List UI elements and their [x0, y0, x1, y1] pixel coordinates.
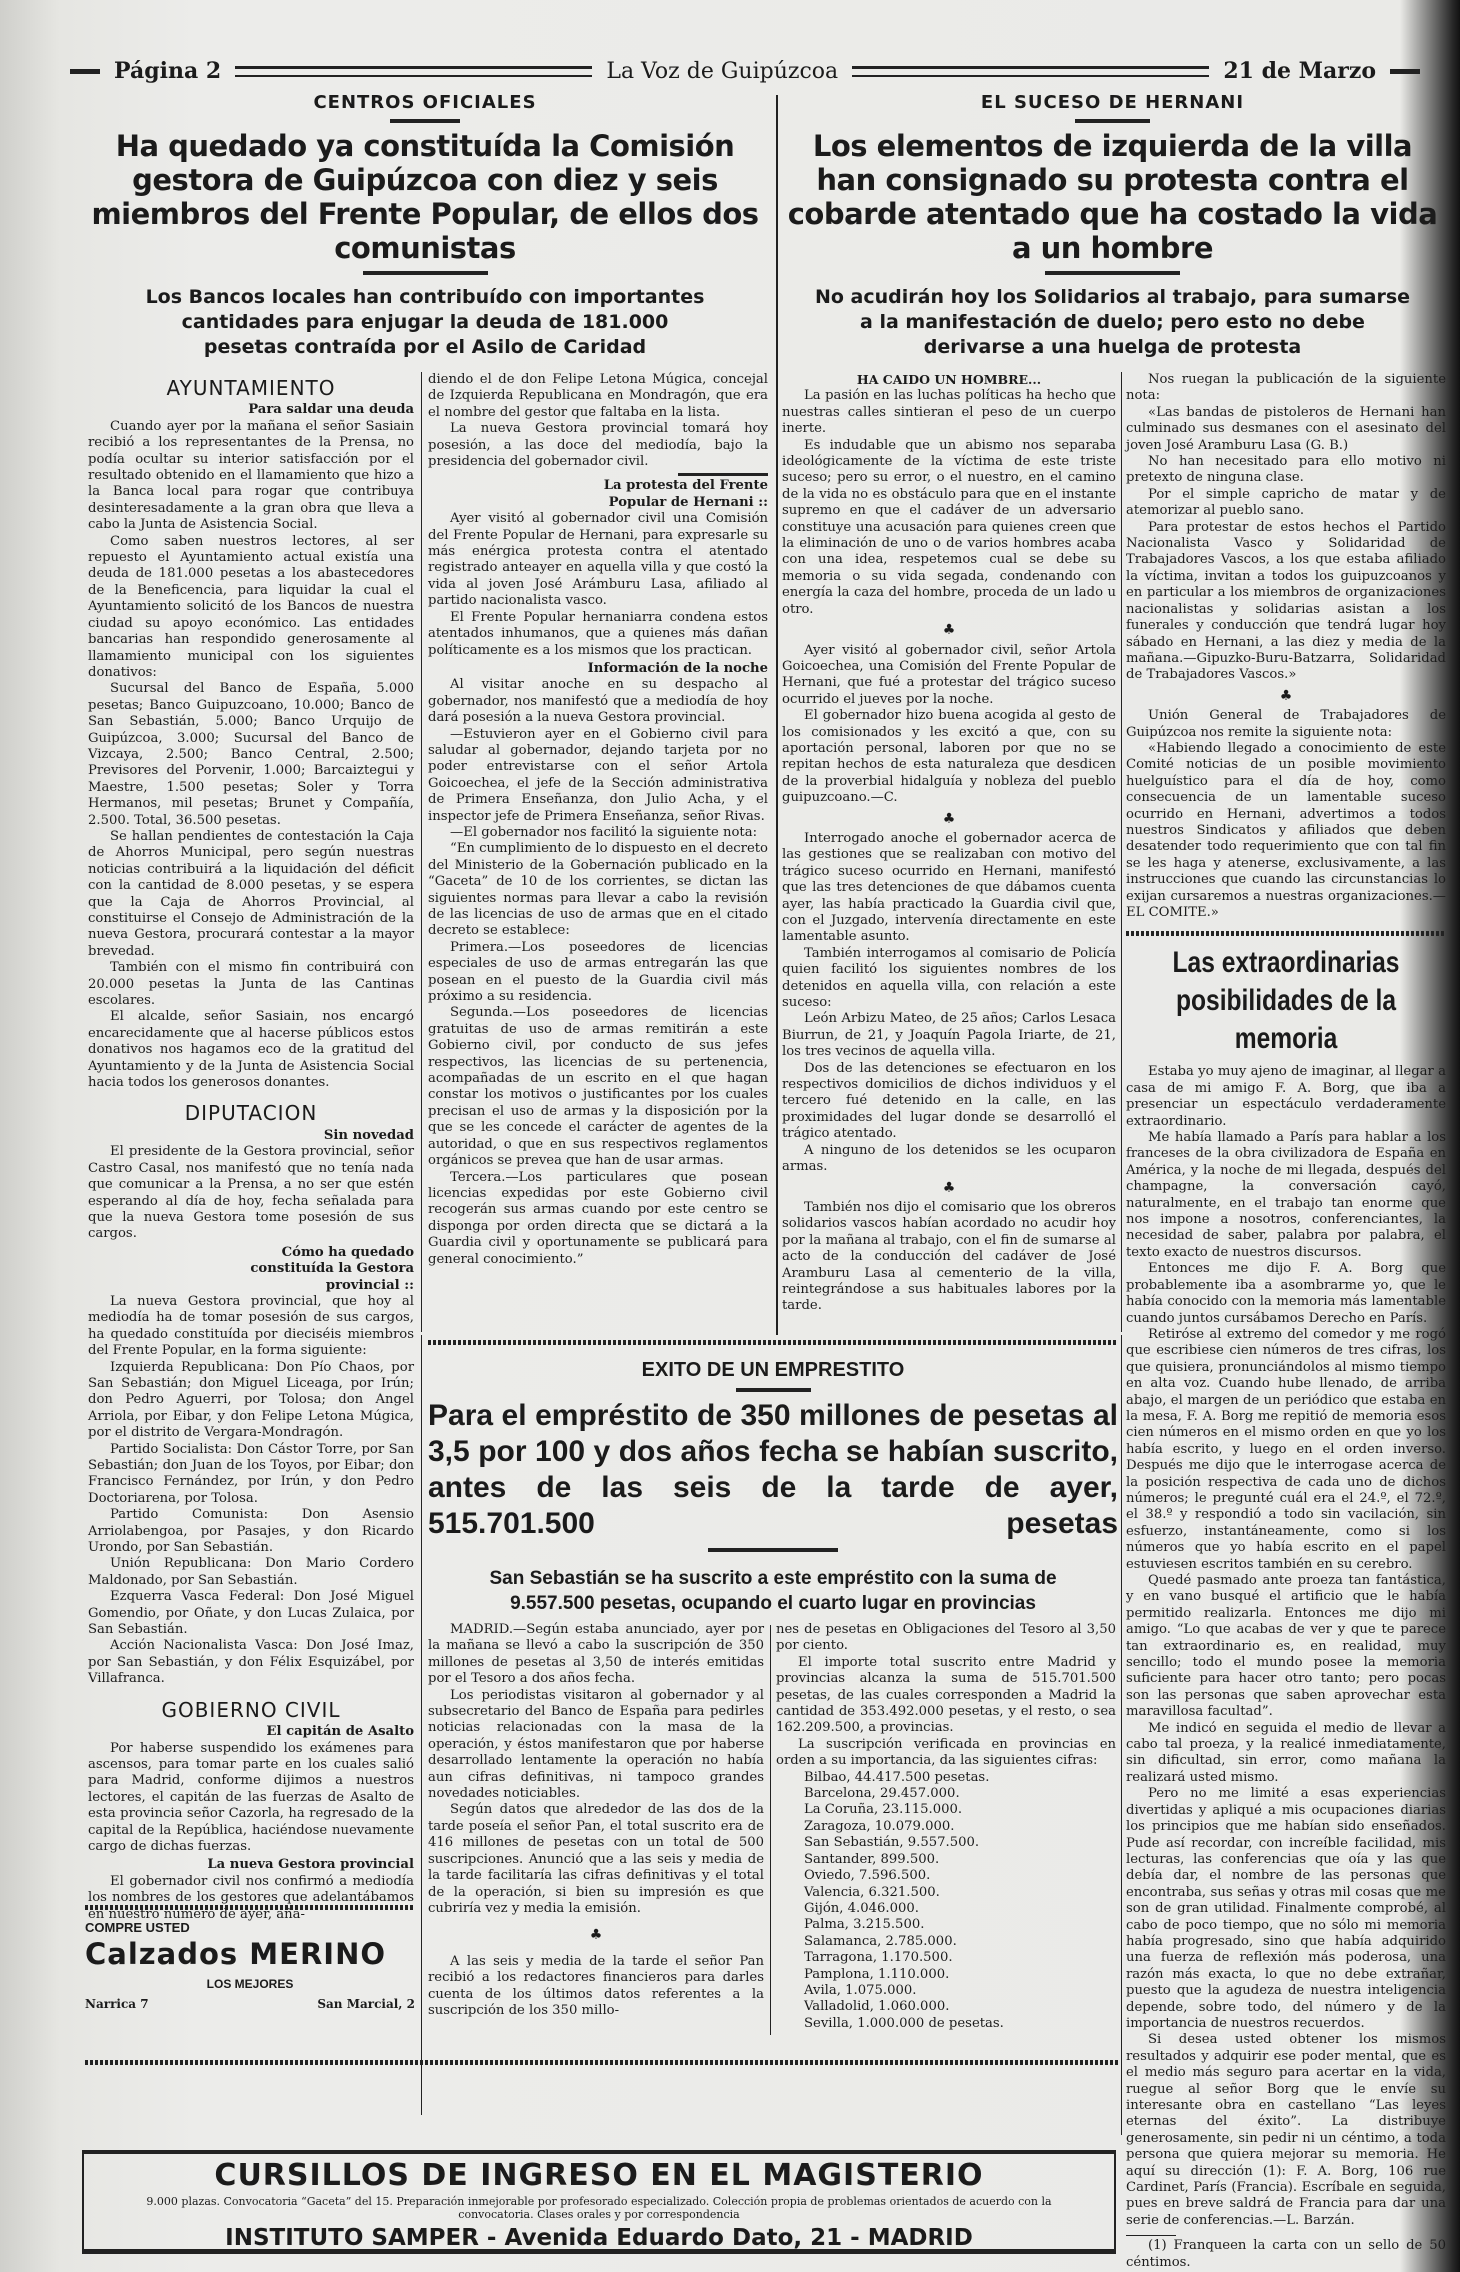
paragraph: La pasión en las luchas políticas ha hec…: [782, 388, 1116, 437]
paragraph: Dos de las detenciones se efectuaron en …: [782, 1061, 1116, 1143]
ad-footer: INSTITUTO SAMPER - Avenida Eduardo Dato,…: [84, 2225, 1114, 2251]
club-ornament-icon: ♣: [428, 1927, 764, 1943]
club-ornament-icon: ♣: [782, 622, 1116, 638]
paragraph: El Frente Popular hernaniarra condena es…: [428, 610, 768, 659]
column-rule: [421, 372, 422, 1332]
club-ornament-icon: ♣: [782, 811, 1116, 827]
ad-cursillos-magisterio: CURSILLOS DE INGRESO EN EL MAGISTERIO 9.…: [82, 2150, 1116, 2254]
paragraph: El presidente de la Gestora provincial, …: [88, 1144, 414, 1242]
paragraph: Como saben nuestros lectores, al ser rep…: [88, 534, 414, 682]
paragraph: La suscripción verificada en provincias …: [776, 1737, 1116, 1770]
divider: [708, 1548, 838, 1552]
province-item: Barcelona, 29.457.000.: [804, 1786, 1116, 1802]
paragraph: Ayer visitó al gobernador civil, señor A…: [782, 643, 1116, 709]
paragraph: También interrogamos al comisario de Pol…: [782, 946, 1116, 1012]
paragraph: El importe total suscrito entre Madrid y…: [776, 1655, 1116, 1737]
ad-calzados-merino: COMPRE USTED Calzados MERINO LOS MEJORES…: [85, 1905, 415, 2011]
column-rule: [1121, 1335, 1122, 2135]
deck: San Sebastián se ha suscrito a este empr…: [428, 1558, 1118, 1626]
paragraph: Si desea usted obtener los mismos result…: [1126, 2032, 1446, 2229]
paragraph: Interrogado anoche el gobernador acerca …: [782, 831, 1116, 946]
deck: Los Bancos locales han contribuído con i…: [85, 281, 765, 360]
column-rule: [421, 1335, 422, 2115]
masthead-rule: [1390, 69, 1420, 74]
subhead: La protesta del Frente Popular de Hernan…: [428, 478, 768, 511]
divider: [390, 119, 460, 123]
column-3: HA CAIDO UN HOMBRE... La pasión en las l…: [782, 372, 1116, 1315]
ad-address: Narrica 7: [85, 1997, 149, 2011]
masthead: Página 2 La Voz de Guipúzcoa 21 de Marzo: [70, 56, 1420, 86]
section-kicker: CENTROS OFICIALES: [85, 92, 765, 113]
paragraph: Nos ruegan la publicación de la siguient…: [1126, 372, 1446, 405]
paragraph: Unión Republicana: Don Mario Cordero Mal…: [88, 1556, 414, 1589]
province-item: Sevilla, 1.000.000 de pesetas.: [804, 2016, 1116, 2032]
paragraph: Unión General de Trabajadores de Guipúzc…: [1126, 708, 1446, 741]
province-item: Zaragoza, 10.079.000.: [804, 1819, 1116, 1835]
subhead: Sin novedad: [88, 1128, 414, 1144]
paragraph: «Las bandas de pistoleros de Hernani han…: [1126, 405, 1446, 454]
masthead-rule: [852, 66, 1209, 77]
left-story-header: CENTROS OFICIALES Ha quedado ya constitu…: [85, 92, 765, 360]
paragraph: —Estuvieron ayer en el Gobierno civil pa…: [428, 727, 768, 825]
subhead: HA CAIDO UN HOMBRE...: [782, 372, 1116, 388]
paragraph: nes de pesetas en Obligaciones del Tesor…: [776, 1622, 1116, 1655]
province-item: Tarragona, 1.170.500.: [804, 1950, 1116, 1966]
province-item: Valladolid, 1.060.000.: [804, 1999, 1116, 2015]
divider: [1126, 931, 1446, 936]
province-item: Oviedo, 7.596.500.: [804, 1868, 1116, 1884]
column-rule: [770, 1625, 771, 2035]
paragraph: Partido Socialista: Don Cástor Torre, po…: [88, 1442, 414, 1508]
issue-date: 21 de Marzo: [1223, 58, 1376, 84]
province-item: Avila, 1.075.000.: [804, 1983, 1116, 1999]
paragraph: La nueva Gestora provincial tomará hoy p…: [428, 421, 768, 470]
headline: Los elementos de izquierda de la villa h…: [780, 129, 1445, 265]
emprestito-column-a: MADRID.—Según estaba anunciado, ayer por…: [428, 1622, 764, 2019]
paragraph: “En cumplimiento de lo dispuesto en el d…: [428, 841, 768, 939]
province-subscription-list: Bilbao, 44.417.500 pesetas.Barcelona, 29…: [776, 1770, 1116, 2033]
paragraph: No han necesitado para ello motivo ni pr…: [1126, 454, 1446, 487]
ad-body: 9.000 plazas. Convocatoria “Gaceta” del …: [84, 2193, 1114, 2223]
section-title-gobierno-civil: GOBIERNO CIVIL: [88, 1702, 414, 1718]
paragraph: El alcalde, señor Sasiain, nos encargó e…: [88, 1009, 414, 1091]
newspaper-page: Página 2 La Voz de Guipúzcoa 21 de Marzo…: [0, 0, 1460, 2272]
paragraph: Me había llamado a París para hablar a l…: [1126, 1130, 1446, 1261]
section-title-diputacion: DIPUTACION: [88, 1105, 414, 1121]
subhead: El capitán de Asalto: [88, 1724, 414, 1740]
paragraph: Es indudable que un abismo nos separaba …: [782, 438, 1116, 618]
paragraph: Tercera.—Los particulares que posean lic…: [428, 1170, 768, 1268]
paragraph: Se hallan pendientes de contestación la …: [88, 829, 414, 960]
deck: No acudirán hoy los Solidarios al trabaj…: [780, 281, 1445, 360]
paragraph: «Habiendo llegado a conocimiento de este…: [1126, 741, 1446, 921]
section-title-ayuntamiento: AYUNTAMIENTO: [88, 380, 414, 396]
ad-tagline: LOS MEJORES: [85, 1977, 415, 1991]
ad-address: San Marcial, 2: [317, 1997, 415, 2011]
ad-line: COMPRE USTED: [85, 1920, 415, 1935]
paragraph: Acción Nacionalista Vasca: Don José Imaz…: [88, 1638, 414, 1687]
paragraph: A ninguno de los detenidos se les ocupar…: [782, 1143, 1116, 1176]
emprestito-column-b: nes de pesetas en Obligaciones del Tesor…: [776, 1622, 1116, 2032]
paragraph: Cuando ayer por la mañana el señor Sasia…: [88, 419, 414, 534]
paragraph: Primera.—Los poseedores de licencias esp…: [428, 940, 768, 1006]
paragraph: A las seis y media de la tarde el señor …: [428, 1954, 764, 2020]
paragraph: Retiróse al extremo del comedor y me rog…: [1126, 1327, 1446, 1573]
paragraph: Pero no me limité a esas experiencias di…: [1126, 1786, 1446, 2032]
divider: [363, 271, 488, 275]
ad-title: CURSILLOS DE INGRESO EN EL MAGISTERIO: [84, 2158, 1114, 2193]
paragraph: Quedé pasmado ante proeza tan fantástica…: [1126, 1573, 1446, 1721]
masthead-rule: [70, 69, 100, 74]
paragraph: Estaba yo muy ajeno de imaginar, al lleg…: [1126, 1064, 1446, 1130]
divider: [1045, 271, 1180, 275]
paragraph: Me indicó en seguida el medio de llevar …: [1126, 1721, 1446, 1787]
paragraph: Partido Comunista: Don Asensio Arriolabe…: [88, 1507, 414, 1556]
column-rule: [1121, 372, 1122, 1332]
column-4: Nos ruegan la publicación de la siguient…: [1126, 372, 1446, 2271]
paragraph: La nueva Gestora provincial, que hoy al …: [88, 1294, 414, 1360]
paragraph: Para protestar de estos hechos el Partid…: [1126, 520, 1446, 684]
paragraph: Por haberse suspendido los exámenes para…: [88, 1741, 414, 1856]
province-item: La Coruña, 23.115.000.: [804, 1802, 1116, 1818]
subhead: La nueva Gestora provincial: [88, 1857, 414, 1873]
footnote-rule: [1126, 2235, 1176, 2236]
column-2: diendo el de don Felipe Letona Múgica, c…: [428, 372, 768, 1268]
paragraph: Ezquerra Vasca Federal: Don José Miguel …: [88, 1589, 414, 1638]
masthead-rule: [235, 66, 592, 77]
headline-memoria: Las extraordinarias posibilidades de la …: [1155, 944, 1417, 1058]
paragraph: Sucursal del Banco de España, 5.000 pese…: [88, 681, 414, 829]
paragraph: También nos dijo el comisario que los ob…: [782, 1200, 1116, 1315]
subhead: Cómo ha quedado constituída la Gestora p…: [88, 1245, 414, 1294]
headline: Ha quedado ya constituída la Comisión ge…: [85, 129, 765, 265]
paragraph: Ayer visitó al gobernador civil una Comi…: [428, 511, 768, 609]
headline: Para el empréstito de 350 millones de pe…: [428, 1398, 1118, 1542]
province-item: Bilbao, 44.417.500 pesetas.: [804, 1770, 1116, 1786]
paper-title: La Voz de Guipúzcoa: [606, 59, 838, 84]
footnote: (1) Franqueen la carta con un sello de 5…: [1126, 2238, 1446, 2271]
province-item: Santander, 899.500.: [804, 1852, 1116, 1868]
province-item: Gijón, 4.046.000.: [804, 1901, 1116, 1917]
column-1: AYUNTAMIENTO Para saldar una deuda Cuand…: [88, 372, 414, 1923]
section-kicker: EXITO DE UN EMPRESTITO: [428, 1359, 1118, 1382]
club-ornament-icon: ♣: [1126, 688, 1446, 704]
emprestito-story: EXITO DE UN EMPRESTITO Para el empréstit…: [428, 1340, 1118, 1626]
subhead: Información de la noche: [428, 661, 768, 677]
right-story-header: EL SUCESO DE HERNANI Los elementos de iz…: [780, 92, 1445, 360]
paragraph: Los periodistas visitaron al gobernador …: [428, 1688, 764, 1803]
divider: [85, 2060, 1120, 2065]
divider: [678, 473, 768, 476]
paragraph: El gobernador hizo buena acogida al gest…: [782, 708, 1116, 806]
province-item: Pamplona, 1.110.000.: [804, 1967, 1116, 1983]
paragraph: —El gobernador nos facilitó la siguiente…: [428, 825, 768, 841]
paragraph: Al visitar anoche en su despacho al gobe…: [428, 677, 768, 726]
paragraph: Por el simple capricho de matar y de ate…: [1126, 487, 1446, 520]
ad-addresses: Narrica 7 San Marcial, 2: [85, 1997, 415, 2011]
province-item: Palma, 3.215.500.: [804, 1917, 1116, 1933]
divider: [736, 1388, 811, 1392]
divider: [1075, 119, 1150, 123]
province-item: San Sebastián, 9.557.500.: [804, 1835, 1116, 1851]
province-item: Salamanca, 2.785.000.: [804, 1934, 1116, 1950]
paragraph: También con el mismo fin contribuirá con…: [88, 960, 414, 1009]
page-number: Página 2: [114, 58, 221, 84]
province-item: Valencia, 6.321.500.: [804, 1885, 1116, 1901]
divider: [85, 1905, 415, 1910]
paragraph: León Arbizu Mateo, de 25 años; Carlos Le…: [782, 1011, 1116, 1060]
divider: [428, 1340, 1118, 1345]
paragraph: Segunda.—Los poseedores de licencias gra…: [428, 1005, 768, 1169]
subhead: Para saldar una deuda: [88, 402, 414, 418]
paragraph: Según datos que alrededor de las dos de …: [428, 1802, 764, 1917]
paragraph: Izquierda Republicana: Don Pío Chaos, po…: [88, 1360, 414, 1442]
club-ornament-icon: ♣: [782, 1180, 1116, 1196]
paragraph: MADRID.—Según estaba anunciado, ayer por…: [428, 1622, 764, 1688]
section-kicker: EL SUCESO DE HERNANI: [780, 92, 1445, 113]
paragraph: diendo el de don Felipe Letona Múgica, c…: [428, 372, 768, 421]
ad-brand: Calzados MERINO: [85, 1937, 415, 1971]
column-rule: [776, 95, 778, 1335]
paragraph: Entonces me dijo F. A. Borg que probable…: [1126, 1261, 1446, 1327]
